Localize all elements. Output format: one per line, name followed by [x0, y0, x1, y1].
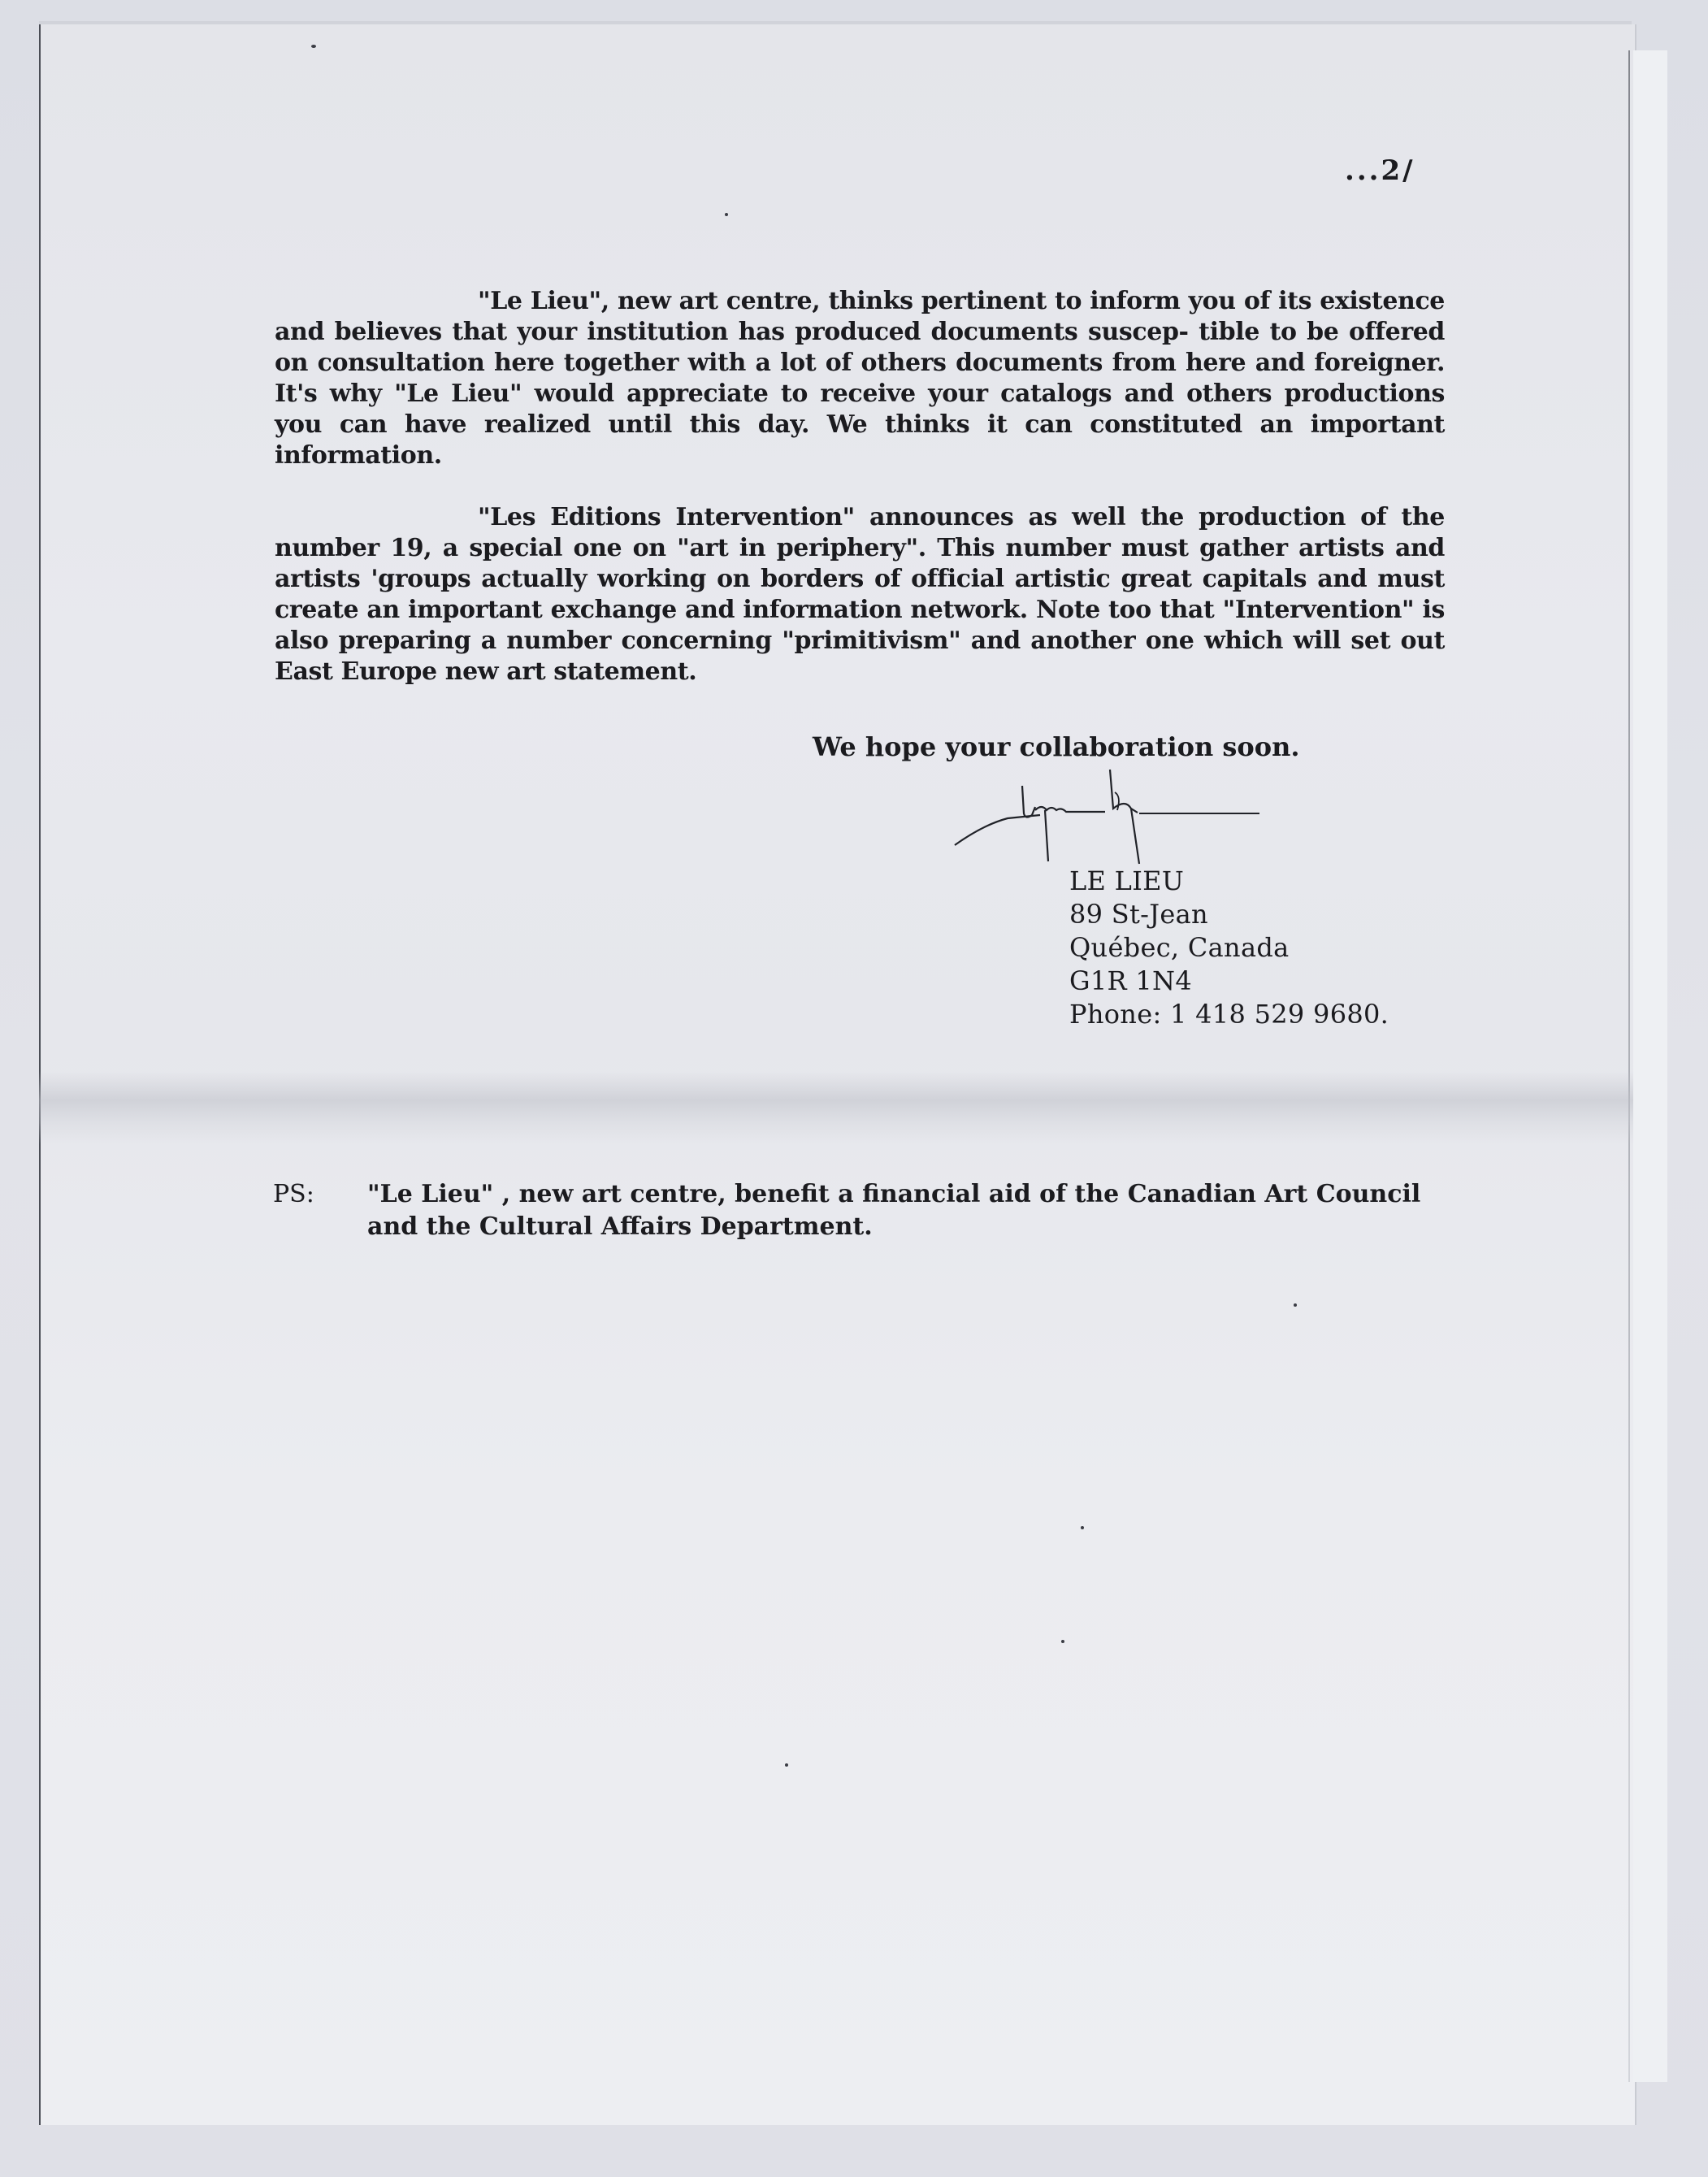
paragraph-text: "Les Editions Intervention" announces as… — [275, 503, 1445, 686]
page-continuation-marker: ...2/ — [1345, 154, 1415, 187]
postscript-label: PS: — [273, 1178, 314, 1211]
ink-speck — [785, 1763, 788, 1767]
handwritten-signature — [951, 768, 1268, 874]
paragraph-le-lieu-intro: "Le Lieu", new art centre, thinks pertin… — [275, 286, 1445, 471]
closing-line: We hope your collaboration soon. — [813, 731, 1300, 762]
postscript-text: "Le Lieu" , new art centre, benefit a fi… — [367, 1178, 1443, 1243]
ink-speck — [725, 213, 728, 216]
ink-speck — [311, 45, 316, 48]
paper-right-edge-line — [1628, 50, 1630, 2082]
sender-address: LE LIEU 89 St-Jean Québec, Canada G1R 1N… — [1069, 865, 1389, 1031]
sender-postal-code: G1R 1N4 — [1069, 965, 1389, 998]
ink-speck — [1061, 1640, 1064, 1643]
paragraph-text: "Le Lieu", new art centre, thinks pertin… — [275, 287, 1445, 470]
letter-body: "Le Lieu", new art centre, thinks pertin… — [275, 286, 1445, 718]
paper-right-margin — [1633, 50, 1667, 2082]
sender-city: Québec, Canada — [1069, 931, 1389, 965]
ink-speck — [1081, 1526, 1084, 1529]
ink-speck — [1294, 1303, 1297, 1307]
postscript: PS: "Le Lieu" , new art centre, benefit … — [273, 1178, 1443, 1243]
sender-street: 89 St-Jean — [1069, 898, 1389, 931]
paper-fold-crease — [39, 1071, 1633, 1144]
sender-name: LE LIEU — [1069, 865, 1389, 898]
sender-phone: Phone: 1 418 529 9680. — [1069, 998, 1389, 1031]
paragraph-editions-intervention: "Les Editions Intervention" announces as… — [275, 502, 1445, 687]
